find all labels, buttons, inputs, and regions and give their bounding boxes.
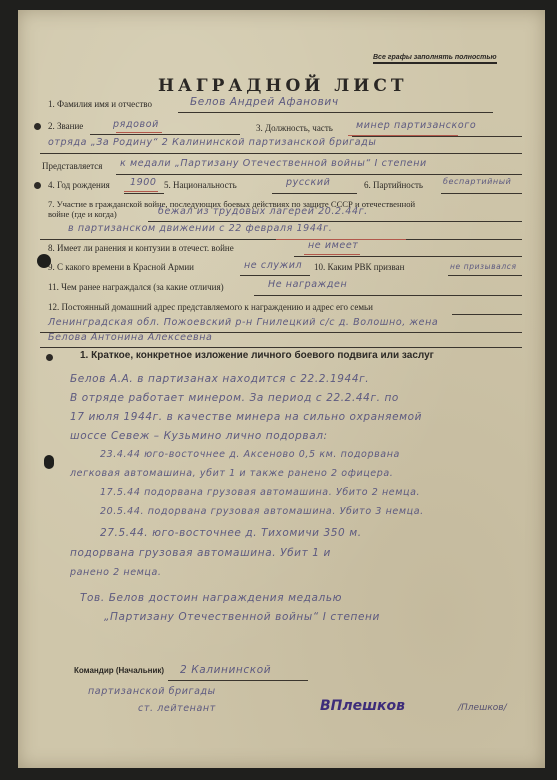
commander-label: Командир (Начальник) bbox=[74, 666, 164, 675]
field-6-value: беспартийный bbox=[443, 177, 511, 186]
narrative-line: 17 июля 1944г. в качестве минера на силь… bbox=[70, 411, 422, 423]
field-2-line bbox=[90, 134, 240, 135]
field-11-value: Не награжден bbox=[268, 279, 347, 290]
field-6-label: 6. Партийность bbox=[364, 180, 423, 190]
award-sheet-paper: Все графы заполнять полностью НАГРАДНОЙ … bbox=[18, 10, 545, 768]
field-11-label: 11. Чем ранее награждался (за какие отли… bbox=[48, 282, 224, 292]
field-7-value-1: бежал из трудовых лагерей 20.2.44г. bbox=[158, 206, 368, 217]
field-12-value-2: Белова Антонина Алексеевна bbox=[48, 332, 212, 343]
punch-hole-icon bbox=[44, 455, 54, 469]
field-4-label: 4. Год рождения bbox=[48, 180, 110, 190]
narrative-line: В отряде работает минером. За период с 2… bbox=[70, 392, 399, 404]
field-7-value-2: в партизанском движении с 22 февраля 194… bbox=[68, 223, 332, 234]
narrative-line: шоссе Севеж – Кузьмино лично подорвал: bbox=[70, 430, 328, 442]
field-4-value: 1900 bbox=[130, 177, 157, 188]
field-9-label: 9. С какого времени в Красной Армии bbox=[48, 262, 194, 272]
field-12-label: 12. Постоянный домашний адрес представля… bbox=[48, 302, 373, 312]
field-3-value-2: отряда „За Родину“ 2 Калининской партиза… bbox=[48, 137, 376, 148]
narrative-line: ранено 2 немца. bbox=[70, 567, 162, 578]
conclusion-line: Тов. Белов достоин награждения медалью bbox=[80, 592, 342, 604]
commander-unit-2: партизанской бригады bbox=[88, 686, 216, 697]
narrative-line: 20.5.44. подорвана грузовая автомашина. … bbox=[100, 506, 424, 517]
field-2-value: рядовой bbox=[113, 119, 159, 130]
commander-rank: ст. лейтенант bbox=[138, 703, 216, 714]
field-3-line bbox=[352, 136, 522, 137]
field-10-line bbox=[448, 275, 522, 276]
red-underline bbox=[124, 191, 158, 192]
field-1-value: Белов Андрей Афанович bbox=[190, 96, 339, 108]
margin-bullet-icon bbox=[34, 123, 41, 130]
fill-all-fields-notice: Все графы заполнять полностью bbox=[373, 54, 497, 64]
field-10-label: 10. Каким РВК призван bbox=[314, 262, 404, 272]
field-3-value-1: минер партизанского bbox=[356, 120, 476, 131]
field-1-line bbox=[178, 112, 493, 113]
punch-hole-icon bbox=[37, 254, 51, 268]
narrative-line: 17.5.44 подорвана грузовая автомашина. У… bbox=[100, 487, 420, 498]
field-4-line bbox=[124, 193, 164, 194]
field-3-label: 3. Должность, часть bbox=[256, 123, 333, 133]
field-9-value: не служил bbox=[244, 260, 302, 271]
red-underline bbox=[348, 135, 458, 136]
commander-line bbox=[168, 680, 308, 681]
field-7-line-1 bbox=[148, 221, 522, 222]
conclusion-line: „Партизану Отечественной войны“ I степен… bbox=[104, 611, 380, 623]
document-title: НАГРАДНОЙ ЛИСТ bbox=[158, 76, 408, 96]
margin-bullet-icon bbox=[34, 182, 41, 189]
field-9-line bbox=[240, 275, 310, 276]
field-8-line bbox=[294, 256, 522, 257]
field-5-line bbox=[272, 193, 357, 194]
field-2-label: 2. Звание bbox=[48, 121, 83, 131]
field-8-label: 8. Имеет ли ранения и контузии в отечест… bbox=[48, 243, 234, 253]
presented-value: к медали „Партизану Отечественной войны“… bbox=[120, 158, 427, 169]
field-1-label: 1. Фамилия имя и отчество bbox=[48, 99, 152, 109]
field-5-value: русский bbox=[286, 177, 330, 188]
narrative-line: 23.4.44 юго-восточнее д. Аксеново 0,5 км… bbox=[100, 449, 400, 460]
narrative-line: 27.5.44. юго-восточнее д. Тихомичи 350 м… bbox=[100, 527, 362, 539]
field-12-value-1: Ленинградская обл. Пожоевский р-н Гнилец… bbox=[48, 317, 438, 328]
field-6-line bbox=[441, 193, 522, 194]
field-7-label-2: войне (где и когда) bbox=[48, 209, 117, 219]
red-underline bbox=[116, 132, 162, 133]
field-12-line-2 bbox=[40, 347, 522, 348]
narrative-line: легковая автомашина, убит 1 и также ране… bbox=[70, 468, 393, 479]
commander-signature: ВПлешков bbox=[320, 698, 405, 714]
narrative-line: Белов А.А. в партизанах находится с 22.2… bbox=[70, 373, 369, 385]
commander-unit: 2 Калининской bbox=[180, 664, 271, 676]
section-heading: 1. Краткое, конкретное изложение личного… bbox=[80, 350, 434, 361]
red-underline bbox=[304, 254, 360, 255]
presented-line bbox=[116, 174, 522, 175]
field-5-label: 5. Национальность bbox=[164, 180, 237, 190]
field-12-line-0 bbox=[452, 314, 522, 315]
field-8-value: не имеет bbox=[308, 240, 358, 251]
presented-label: Представляется bbox=[42, 161, 102, 171]
margin-bullet-icon bbox=[46, 354, 53, 361]
commander-printed-name: /Плешков/ bbox=[458, 703, 507, 713]
field-10-value: не призывался bbox=[450, 262, 517, 271]
field-3-line-2 bbox=[40, 153, 522, 154]
narrative-line: подорвана грузовая автомашина. Убит 1 и bbox=[70, 547, 331, 559]
field-11-line bbox=[254, 295, 522, 296]
